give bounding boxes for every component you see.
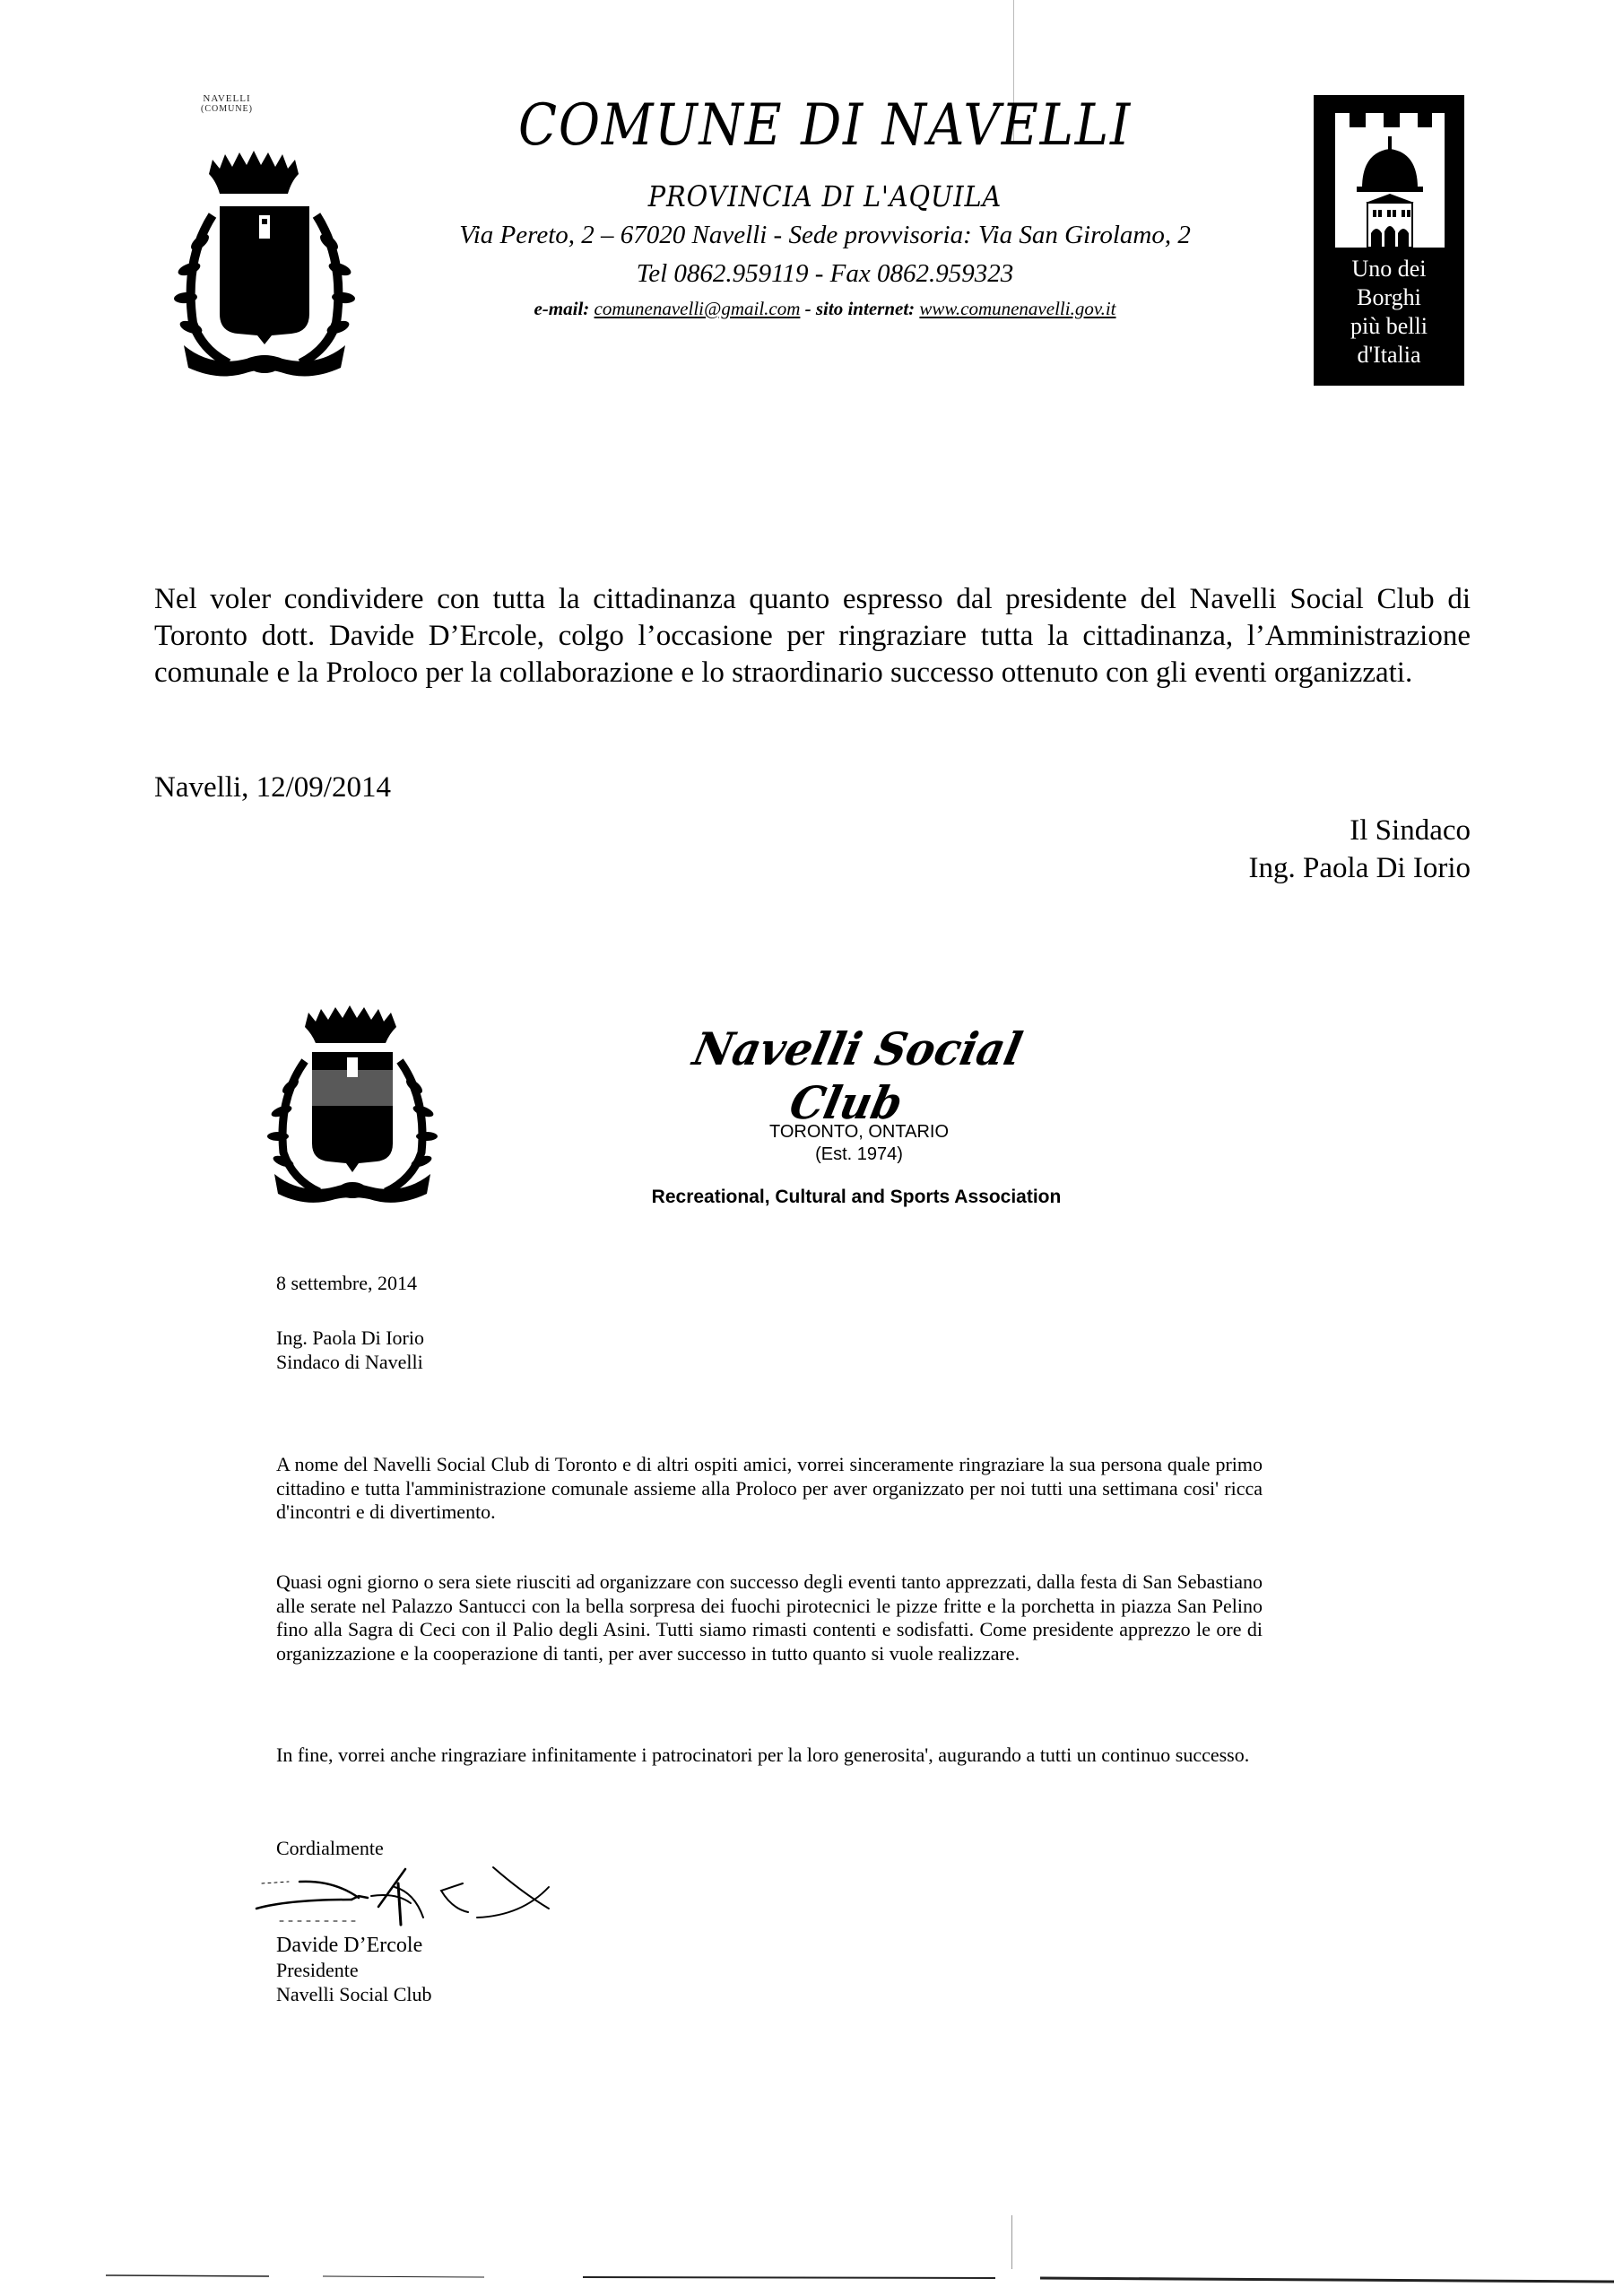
badge-line: Uno dei bbox=[1314, 255, 1464, 283]
email-link[interactable]: comunenavelli@gmail.com bbox=[595, 298, 801, 319]
badge-caption: Uno dei Borghi più belli d'Italia bbox=[1314, 255, 1464, 370]
comune-phone-fax: Tel 0862.959119 - Fax 0862.959323 bbox=[386, 257, 1264, 290]
scan-fold-line bbox=[1011, 2215, 1012, 2269]
website-label: - sito internet: bbox=[805, 298, 916, 319]
borghi-badge: Uno dei Borghi più belli d'Italia bbox=[1314, 95, 1464, 386]
website-link[interactable]: www.comunenavelli.gov.it bbox=[919, 298, 1115, 319]
mayor-signature-block: Il Sindaco Ing. Paola Di Iorio bbox=[986, 812, 1471, 887]
crest-label-line1: NAVELLI bbox=[169, 93, 285, 104]
letter-addressee: Ing. Paola Di Iorio Sindaco di Navelli bbox=[276, 1326, 424, 1374]
comune-contacts: e-mail: comunenavelli@gmail.com - sito i… bbox=[386, 296, 1264, 321]
coat-of-arms-icon bbox=[251, 1000, 453, 1211]
borghi-tower-icon bbox=[1314, 95, 1464, 257]
letter-paragraph: Quasi ogni giorno o sera siete riusciti … bbox=[276, 1570, 1263, 1665]
badge-line: d'Italia bbox=[1314, 341, 1464, 370]
crest-label-line2: (COMUNE) bbox=[169, 104, 285, 115]
comune-address: Via Pereto, 2 – 67020 Navelli - Sede pro… bbox=[386, 219, 1264, 251]
letter-date: 8 settembre, 2014 bbox=[276, 1272, 417, 1295]
letter-paragraph: In fine, vorrei anche ringraziare infini… bbox=[276, 1744, 1263, 1768]
addressee-name: Ing. Paola Di Iorio bbox=[276, 1326, 424, 1350]
province-name: PROVINCIA DI L'AQUILA bbox=[430, 179, 1220, 213]
club-name-script: Navelli Social Club bbox=[619, 1022, 1085, 1130]
club-city: TORONTO, ONTARIO bbox=[680, 1121, 1038, 1143]
signer-title: Presidente bbox=[276, 1958, 432, 1982]
mayor-note-body: Nel voler condividere con tutta la citta… bbox=[154, 581, 1471, 691]
signer-organization: Navelli Social Club bbox=[276, 1982, 432, 2006]
comune-title: COMUNE DI NAVELLI bbox=[438, 93, 1211, 158]
signer-name: Davide D’Ercole bbox=[276, 1934, 432, 1958]
badge-line: Borghi bbox=[1314, 283, 1464, 312]
addressee-title: Sindaco di Navelli bbox=[276, 1350, 424, 1374]
crest-label: NAVELLI (COMUNE) bbox=[169, 93, 285, 115]
club-established: (Est. 1974) bbox=[680, 1144, 1038, 1165]
handwritten-signature-icon bbox=[253, 1857, 576, 1928]
mayor-note-place-date: Navelli, 12/09/2014 bbox=[154, 770, 391, 805]
signature-name: Ing. Paola Di Iorio bbox=[986, 849, 1471, 887]
badge-line: più belli bbox=[1314, 312, 1464, 341]
letter-paragraph: A nome del Navelli Social Club di Toront… bbox=[276, 1453, 1263, 1525]
letter-signer-block: Davide D’Ercole Presidente Navelli Socia… bbox=[276, 1934, 432, 2006]
email-label: e-mail: bbox=[534, 298, 589, 319]
coat-of-arms-icon bbox=[157, 143, 372, 386]
club-description: Recreational, Cultural and Sports Associ… bbox=[556, 1186, 1157, 1209]
signature-title: Il Sindaco bbox=[986, 812, 1471, 849]
scan-edge-line bbox=[0, 2274, 1623, 2284]
